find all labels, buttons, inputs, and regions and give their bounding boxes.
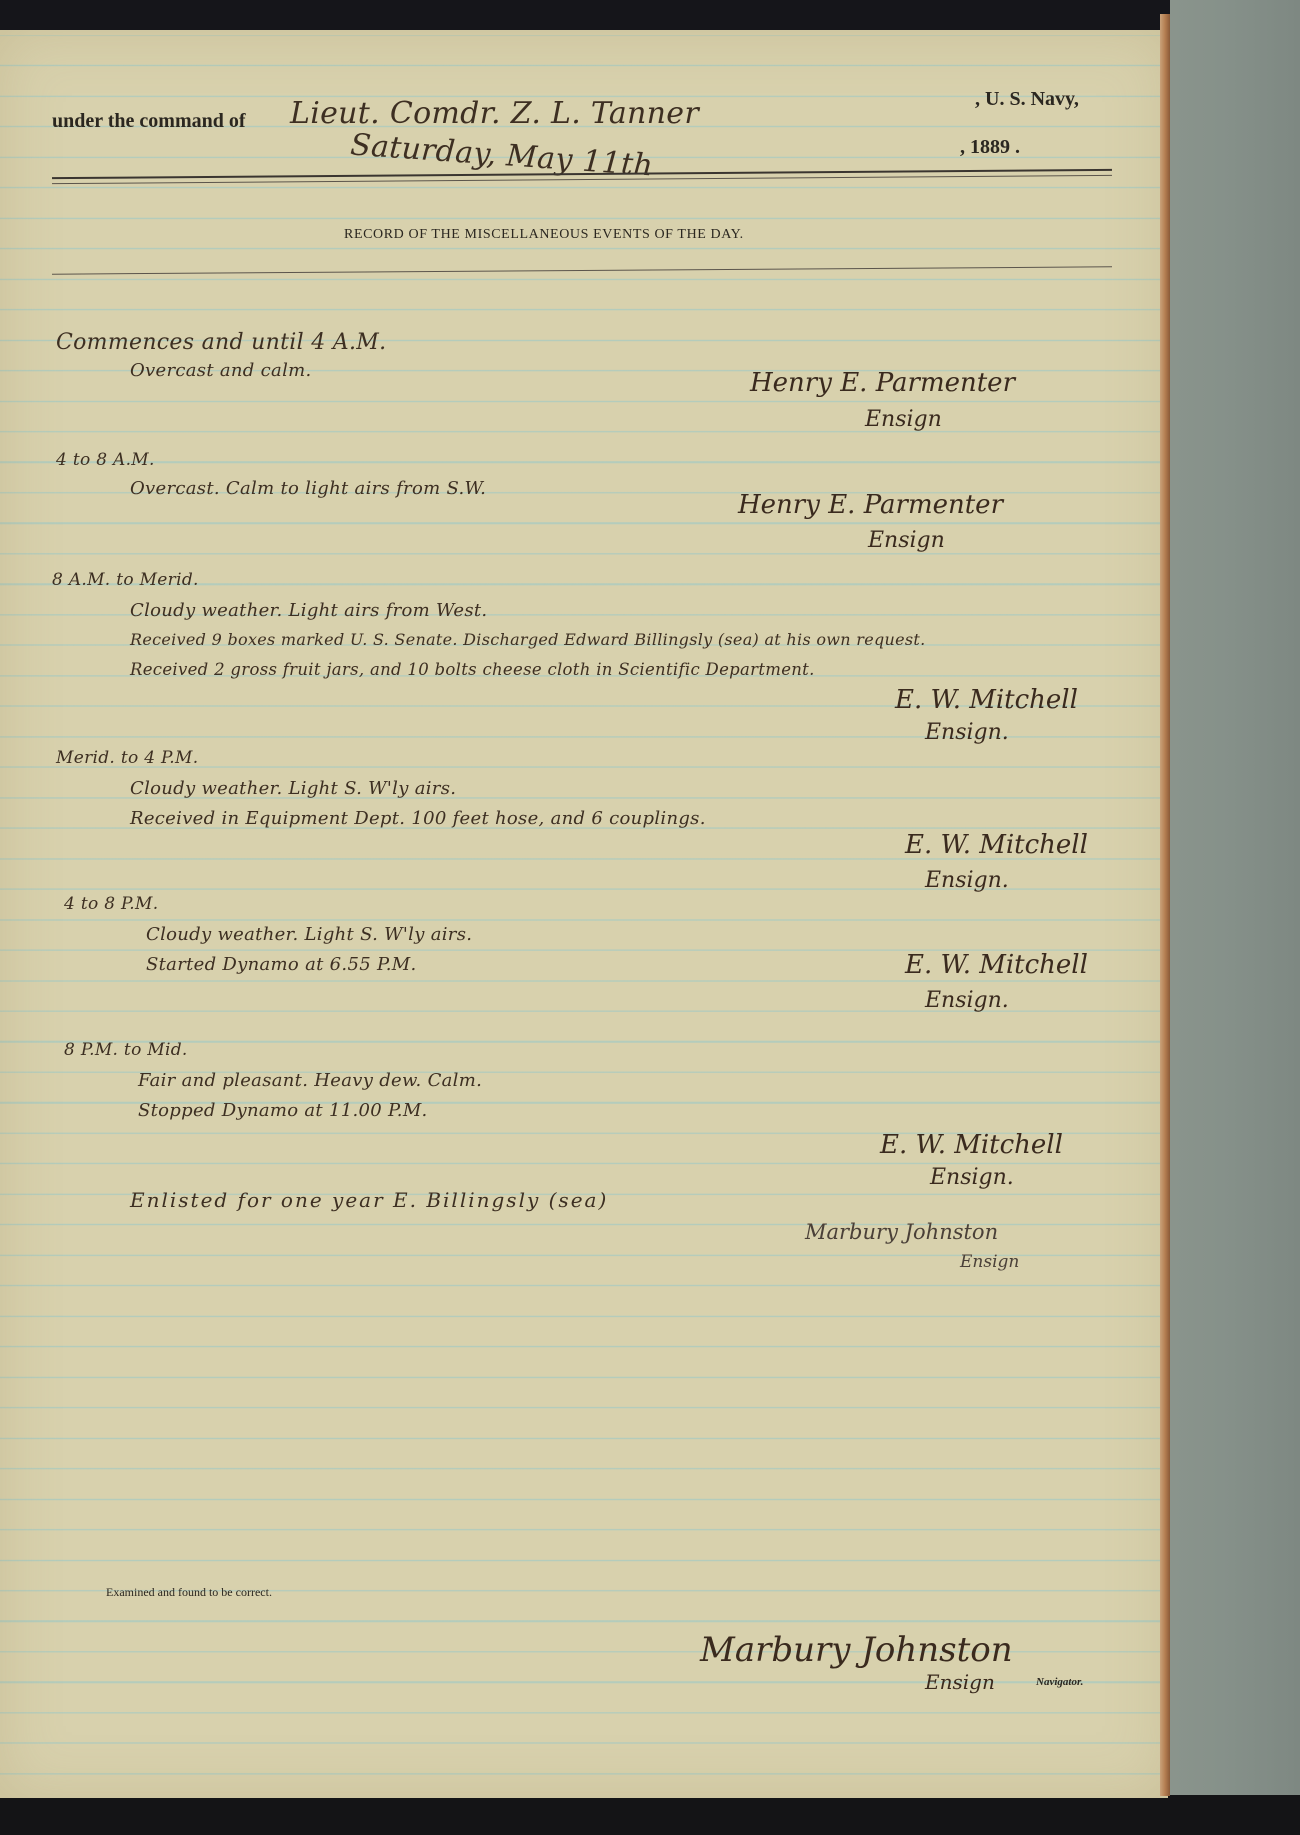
signature-rank: Ensign. [925, 868, 1009, 893]
signature-name: E. W. Mitchell [895, 685, 1078, 715]
watch-entry: Received in Equipment Dept. 100 feet hos… [130, 808, 706, 829]
navigator-label: Navigator. [1036, 1676, 1083, 1688]
watch-period: Merid. to 4 P.M. [56, 748, 198, 768]
command-prefix: under the command of [52, 110, 246, 133]
page-edge [1160, 14, 1170, 1796]
commander-name: Lieut. Comdr. Z. L. Tanner [290, 96, 699, 131]
watch-entry: Overcast. Calm to light airs from S.W. [130, 478, 486, 499]
scan-bottom-border [0, 1795, 1300, 1835]
watch-entry: Cloudy weather. Light airs from West. [130, 600, 487, 621]
watch-period: 4 to 8 P.M. [64, 894, 158, 914]
watch-period: 4 to 8 A.M. [56, 450, 155, 470]
examined-statement: Examined and found to be correct. [106, 1585, 272, 1600]
navigator-signature-name: Marbury Johnston [700, 1630, 1013, 1670]
watch-entry: Received 9 boxes marked U. S. Senate. Di… [130, 630, 926, 649]
navigator-signature-rank: Ensign [925, 1670, 995, 1694]
signature-rank: Ensign [868, 528, 945, 553]
scan-top-border [0, 0, 1300, 34]
signature-name: E. W. Mitchell [905, 950, 1088, 980]
book-cover-board [1170, 0, 1300, 1835]
signature-name: E. W. Mitchell [880, 1130, 1063, 1160]
watch-entry: Cloudy weather. Light S. W'ly airs. [130, 778, 456, 799]
signature-rank: Ensign. [925, 988, 1009, 1013]
signature-name: E. W. Mitchell [905, 830, 1088, 860]
addendum-signature-name: Marbury Johnston [805, 1220, 998, 1244]
logbook-page: under the command of Lieut. Comdr. Z. L.… [0, 30, 1168, 1798]
watch-entry: Received 2 gross fruit jars, and 10 bolt… [130, 660, 815, 679]
watch-entry: Fair and pleasant. Heavy dew. Calm. [138, 1070, 482, 1091]
signature-name: Henry E. Parmenter [738, 490, 1003, 520]
watch-period: 8 P.M. to Mid. [64, 1040, 188, 1060]
log-year: , 1889 . [960, 136, 1020, 159]
signature-rank: Ensign. [925, 720, 1009, 745]
watch-period: 8 A.M. to Merid. [52, 570, 199, 590]
section-rule [52, 266, 1112, 274]
signature-rank: Ensign. [930, 1165, 1014, 1190]
watch-entry: Stopped Dynamo at 11.00 P.M. [138, 1100, 428, 1121]
watch-period: Commences and until 4 A.M. [56, 330, 386, 355]
watch-entry: Cloudy weather. Light S. W'ly airs. [146, 924, 472, 945]
enlistment-entry: Enlisted for one year E. Billingsly (sea… [130, 1188, 608, 1212]
addendum-signature-rank: Ensign [960, 1252, 1019, 1272]
signature-rank: Ensign [865, 407, 942, 432]
watch-entry: Overcast and calm. [130, 360, 312, 381]
section-title: RECORD OF THE MISCELLANEOUS EVENTS OF TH… [344, 227, 744, 243]
watch-entry: Started Dynamo at 6.55 P.M. [146, 954, 417, 975]
service-label: , U. S. Navy, [975, 88, 1079, 111]
signature-name: Henry E. Parmenter [750, 368, 1015, 398]
